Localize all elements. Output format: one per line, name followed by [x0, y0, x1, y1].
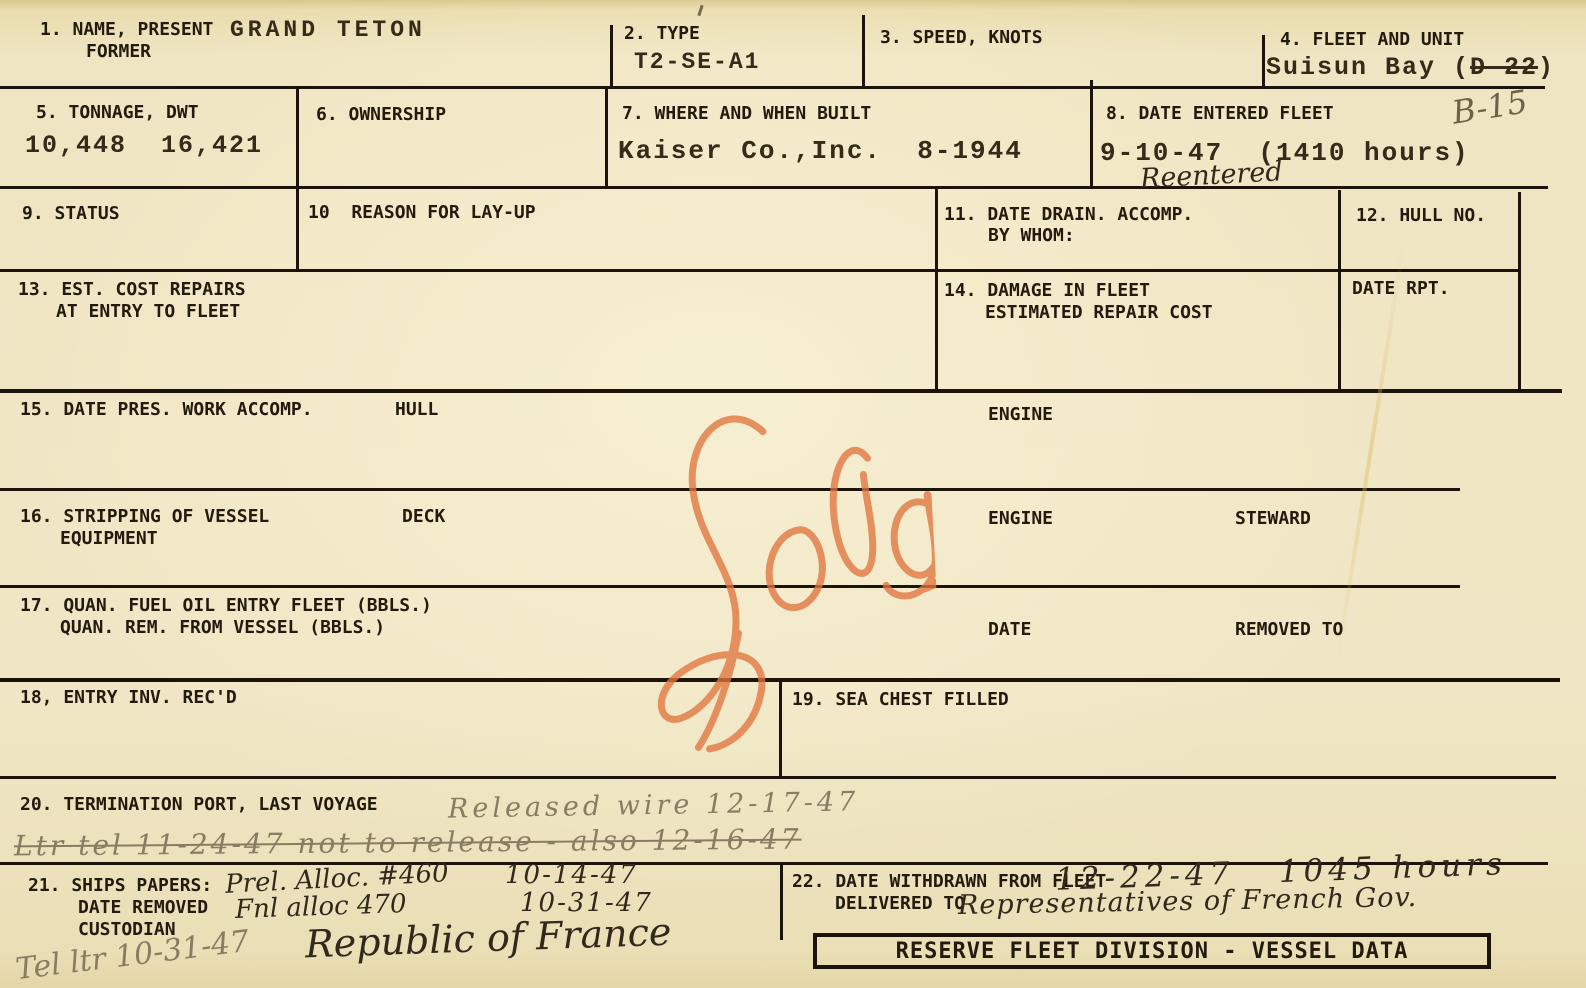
corner-note-b15: B-15 [1449, 82, 1530, 131]
field-12-label: 12. HULL NO. [1356, 206, 1486, 226]
field-21-label: 21. SHIPS PAPERS: [28, 876, 212, 896]
ships-papers-note1-date: 10-14-47 [505, 860, 638, 890]
termination-note: Released wire 12-17-47 [448, 786, 860, 824]
field-17-removedto-label: REMOVED TO [1235, 620, 1343, 640]
field-3-label: 3. SPEED, KNOTS [880, 28, 1043, 48]
footer-title-box: RESERVE FLEET DIVISION - VESSEL DATA [813, 933, 1491, 969]
field-16-engine-label: ENGINE [988, 509, 1053, 529]
termination-note-struck: Ltr tel 11-24-47 not to release - also 1… [14, 823, 802, 863]
field-16-label: 16. STRIPPING OF VESSEL [20, 507, 269, 527]
field-17-date-label: DATE [988, 620, 1031, 640]
field-21-label2: DATE REMOVED [78, 898, 208, 918]
field-6-label: 6. OWNERSHIP [316, 105, 446, 125]
field-8-label: 8. DATE ENTERED FLEET [1106, 104, 1334, 124]
delivered-to-value: Representatives of French Gov. [958, 882, 1418, 921]
fleet-unit-value: Suisun Bay (D-22) [1266, 53, 1555, 82]
paper-crease [1334, 242, 1405, 667]
field-11-label-bywhom: BY WHOM: [988, 226, 1075, 246]
field-17-label: 17. QUAN. FUEL OIL ENTRY FLEET (BBLS.) [20, 596, 432, 616]
vessel-name-value: GRAND TETON [230, 17, 426, 43]
field-16-steward-label: STEWARD [1235, 509, 1311, 529]
divider [862, 15, 865, 86]
vessel-type-value: T2-SE-A1 [634, 49, 760, 75]
field-18-label: 18, ENTRY INV. REC'D [20, 688, 237, 708]
field-16-deck-label: DECK [402, 507, 445, 527]
field-9-label: 9. STATUS [22, 204, 120, 224]
divider [0, 86, 1545, 89]
tonnage-value: 10,448 16,421 [25, 131, 263, 160]
field-13-label: 13. EST. COST REPAIRS [18, 280, 246, 300]
field-13-label2: AT ENTRY TO FLEET [56, 302, 240, 322]
field-22-label2: DELIVERED TO [835, 894, 965, 914]
divider [0, 776, 1556, 779]
struck-unit-number: D-22 [1470, 53, 1538, 82]
field-1-label: 1. NAME, PRESENT [40, 20, 213, 40]
field-11-label: 11. DATE DRAIN. ACCOMP. [944, 205, 1193, 225]
field-14-label2: ESTIMATED REPAIR COST [985, 303, 1213, 323]
divider [605, 86, 608, 186]
divider [1518, 192, 1521, 389]
field-4-label: 4. FLEET AND UNIT [1280, 30, 1464, 50]
sold-handwriting-mark: Sold [576, 373, 945, 759]
field-5-label: 5. TONNAGE, DWT [36, 103, 199, 123]
footer-title: RESERVE FLEET DIVISION - VESSEL DATA [896, 939, 1409, 964]
divider [296, 186, 299, 269]
divider [1338, 190, 1341, 389]
divider [0, 269, 1520, 272]
divider [1090, 80, 1093, 186]
field-16-label2: EQUIPMENT [60, 529, 158, 549]
date-rpt-label: DATE RPT. [1352, 279, 1450, 299]
built-value: Kaiser Co.,Inc. 8-1944 [618, 136, 1023, 166]
field-10-label: 10 REASON FOR LAY-UP [308, 203, 536, 223]
stray-mark [697, 5, 703, 16]
divider [610, 25, 613, 86]
field-1-label-former: FORMER [86, 42, 151, 62]
divider [780, 862, 783, 940]
field-17-label2: QUAN. REM. FROM VESSEL (BBLS.) [60, 618, 385, 638]
divider [935, 186, 938, 389]
divider [296, 86, 299, 186]
field-15-engine-label: ENGINE [988, 405, 1053, 425]
field-15-label: 15. DATE PRES. WORK ACCOMP. [20, 400, 313, 420]
vessel-data-card: 1. NAME, PRESENT FORMER GRAND TETON 2. T… [0, 0, 1586, 988]
field-14-label: 14. DAMAGE IN FLEET [944, 281, 1150, 301]
field-7-label: 7. WHERE AND WHEN BUILT [622, 104, 871, 124]
field-15-hull-label: HULL [395, 400, 438, 420]
divider [1262, 35, 1265, 86]
divider [0, 186, 1548, 189]
field-2-label: 2. TYPE [624, 24, 700, 44]
field-20-label: 20. TERMINATION PORT, LAST VOYAGE [20, 795, 378, 815]
